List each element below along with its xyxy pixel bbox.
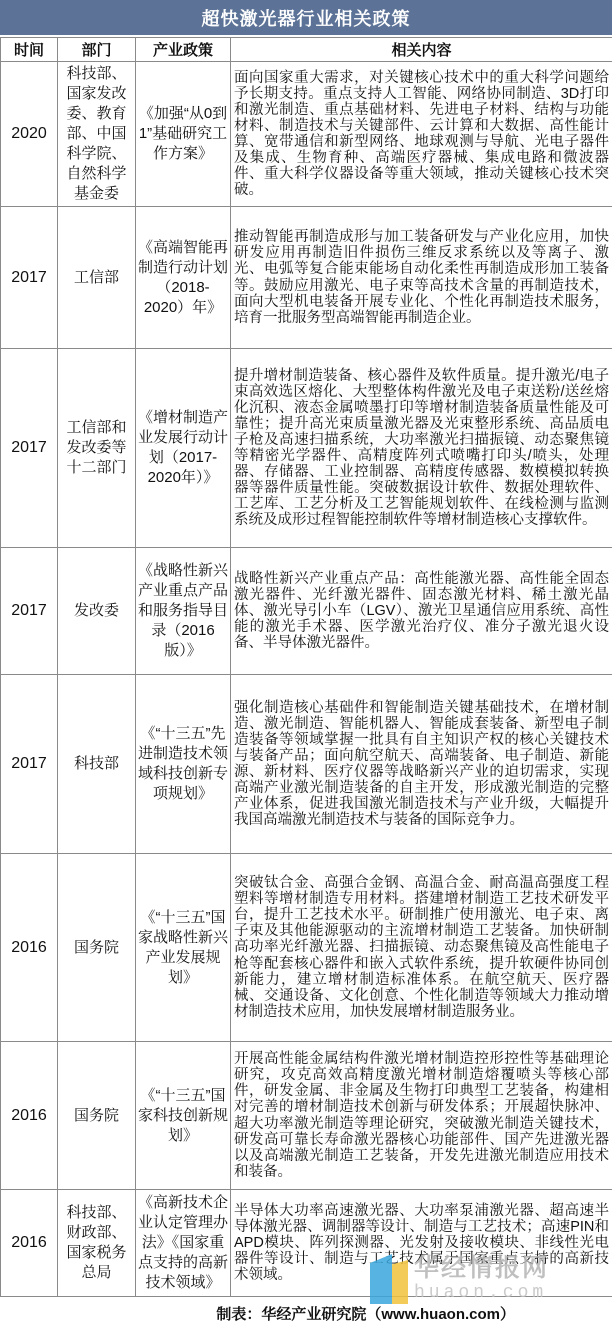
content-cell: 提升增材制造装备、核心器件及软件质量。提升激光/电子束高效选区熔化、大型整体构件… (231, 349, 612, 548)
table-row: 2016 国务院 《“十三五”国家科技创新规划》 开展高性能金属结构件激光增材制… (1, 1042, 612, 1190)
dept-cell: 科技部 (58, 675, 136, 854)
year-cell: 2016 (1, 1042, 58, 1190)
year-cell: 2017 (1, 675, 58, 854)
policy-cell: 《高端智能再制造行动计划（2018-2020）年》 (136, 207, 231, 349)
dept-cell: 科技部、国家发改委、教育部、中国科学院、自然科学基金委 (58, 62, 136, 207)
dept-cell: 工信部 (58, 207, 136, 349)
content-cell: 半导体大功率高速激光器、大功率泵浦激光器、超高速半导体激光器、调制器等设计、制造… (231, 1190, 612, 1297)
content-cell: 强化制造核心基础件和智能制造关键基础技术，在增材制造、激光制造、智能机器人、智能… (231, 675, 612, 854)
year-cell: 2016 (1, 854, 58, 1042)
table-row: 2017 工信部 《高端智能再制造行动计划（2018-2020）年》 推动智能再… (1, 207, 612, 349)
policy-cell: 《战略性新兴产业重点产品和服务指导目录（2016版）》 (136, 548, 231, 675)
column-header-dept: 部门 (58, 38, 136, 62)
dept-cell: 国务院 (58, 854, 136, 1042)
table-row: 2016 国务院 《“十三五”国家战略性新兴产业发展规划》 突破钛合金、高强合金… (1, 854, 612, 1042)
dept-cell: 发改委 (58, 548, 136, 675)
policy-cell: 《“十三五”先进制造技术领域科技创新专项规划》 (136, 675, 231, 854)
table-row: 2017 科技部 《“十三五”先进制造技术领域科技创新专项规划》 强化制造核心基… (1, 675, 612, 854)
year-cell: 2016 (1, 1190, 58, 1297)
content-cell: 开展高性能金属结构件激光增材制造控形控性等基础理论研究，攻克高效高精度激光增材制… (231, 1042, 612, 1190)
policy-cell: 《加强“从0到1”基础研究工作方案》 (136, 62, 231, 207)
table-row: 2016 科技部、财政部、国家税务总局 《高新技术企业认定管理办法》《国家重点支… (1, 1190, 612, 1297)
dept-cell: 科技部、财政部、国家税务总局 (58, 1190, 136, 1297)
year-cell: 2017 (1, 548, 58, 675)
year-cell: 2020 (1, 62, 58, 207)
column-header-policy: 产业政策 (136, 38, 231, 62)
content-cell: 战略性新兴产业重点产品：高性能激光器、高性能全固态激光器件、光纤激光器件、固态激… (231, 548, 612, 675)
page-title: 超快激光器行业相关政策 (0, 0, 612, 37)
table-row: 2017 发改委 《战略性新兴产业重点产品和服务指导目录（2016版）》 战略性… (1, 548, 612, 675)
policy-cell: 《“十三五”国家科技创新规划》 (136, 1042, 231, 1190)
content-cell: 突破钛合金、高强合金钢、高温合金、耐高温高强度工程塑料等增材制造专用材料。搭建增… (231, 854, 612, 1042)
year-cell: 2017 (1, 207, 58, 349)
table-row: 2017 工信部和发改委等十二部门 《增材制造产业发展行动计划（2017-202… (1, 349, 612, 548)
table-header-row: 时间 部门 产业政策 相关内容 (1, 38, 612, 62)
column-header-content: 相关内容 (231, 38, 612, 62)
policy-cell: 《高新技术企业认定管理办法》《国家重点支持的高新技术领域》 (136, 1190, 231, 1297)
content-cell: 推动智能再制造成形与加工装备研发与产业化应用，加快研发应用再制造旧件损伤三维反求… (231, 207, 612, 349)
column-header-year: 时间 (1, 38, 58, 62)
policy-table: 时间 部门 产业政策 相关内容 2020 科技部、国家发改委、教育部、中国科学院… (0, 37, 612, 1297)
policy-cell: 《增材制造产业发展行动计划（2017-2020年）》 (136, 349, 231, 548)
policy-cell: 《“十三五”国家战略性新兴产业发展规划》 (136, 854, 231, 1042)
table-row: 2020 科技部、国家发改委、教育部、中国科学院、自然科学基金委 《加强“从0到… (1, 62, 612, 207)
year-cell: 2017 (1, 349, 58, 548)
policy-table-page: 超快激光器行业相关政策 时间 部门 产业政策 相关内容 2020 科技部、国家发… (0, 0, 612, 1328)
dept-cell: 工信部和发改委等十二部门 (58, 349, 136, 548)
table-credit: 制表：华经产业研究院（www.huaon.com） (0, 1297, 612, 1328)
dept-cell: 国务院 (58, 1042, 136, 1190)
content-cell: 面向国家重大需求，对关键核心技术中的重大科学问题给予长期支持。重点支持人工智能、… (231, 62, 612, 207)
